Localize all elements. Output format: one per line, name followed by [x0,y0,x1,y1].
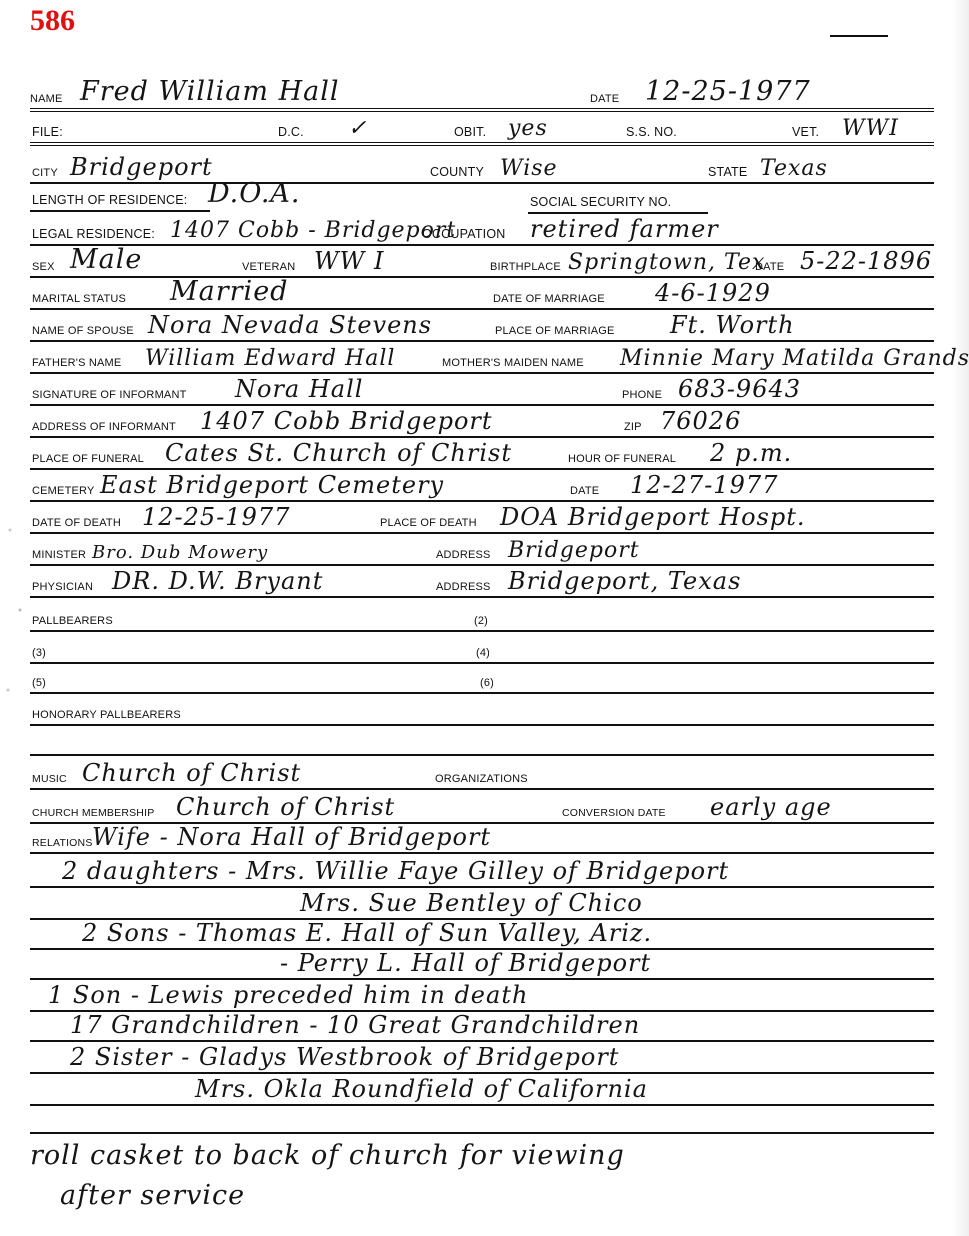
row-marital-status: MARITAL STATUS Married DATE OF MARRIAGE … [30,282,934,310]
birth-date-label: DATE [755,261,784,273]
state-label: STATE [708,165,747,179]
place-of-marriage-label: PLACE OF MARRIAGE [495,325,615,337]
relations-line-4: 2 Sons - Thomas E. Hall of Sun Valley, A… [82,919,652,947]
mothers-maiden-name-label: MOTHER'S MAIDEN NAME [442,357,584,369]
row-length-of-residence: LENGTH OF RESIDENCE: D.O.A. [30,184,210,212]
date-label: DATE [590,93,619,105]
minister-address-value: Bridgeport [508,538,640,563]
row-city: CITY Bridgeport COUNTY Wise STATE Texas [30,156,934,184]
vet-value: WWI [842,116,899,141]
ss-no-label: S.S. NO. [626,125,677,139]
date-of-death-value: 12-25-1977 [142,503,290,531]
row-relations-9: Mrs. Okla Roundfield of California [30,1078,934,1106]
row-relations-8: 2 Sister - Gladys Westbrook of Bridgepor… [30,1046,934,1074]
row-relations-3: Mrs. Sue Bentley of Chico [30,892,934,920]
pallbearer-slot-4: (4) [476,647,490,659]
page-edge-shadow [953,0,969,1236]
occupation-label: OCCUPATION [422,227,505,241]
pallbearer-slot-3: (3) [32,647,46,659]
pallbearer-slot-6: (6) [480,677,494,689]
zip-label: ZIP [624,421,642,433]
row-funeral-place: PLACE OF FUNERAL Cates St. Church of Chr… [30,442,934,470]
cemetery-label: CEMETERY [32,485,95,497]
row-death: DATE OF DEATH 12-25-1977 PLACE OF DEATH … [30,506,934,534]
page-number: 586 [30,4,75,38]
blank-line [30,754,934,756]
relations-line-1: Wife - Nora Hall of Bridgeport [92,823,491,851]
row-church-membership: CHURCH MEMBERSHIP Church of Christ CONVE… [30,796,934,824]
length-of-residence-label: LENGTH OF RESIDENCE: [32,193,187,207]
date-of-marriage-label: DATE OF MARRIAGE [493,293,605,305]
relations-line-7: 17 Grandchildren - 10 Great Grandchildre… [70,1011,640,1039]
row-parents: FATHER'S NAME William Edward Hall MOTHER… [30,346,934,374]
row-legal-residence: LEGAL RESIDENCE: 1407 Cobb - Bridgeport … [30,218,934,246]
note-line-1: roll casket to back of church for viewin… [30,1140,625,1171]
social-security-field: SOCIAL SECURITY NO. [528,186,708,214]
relations-line-2: 2 daughters - Mrs. Willie Faye Gilley of… [62,857,729,885]
relations-line-8: 2 Sister - Gladys Westbrook of Bridgepor… [70,1043,619,1071]
pallbearer-slot-2: (2) [474,615,488,627]
address-of-informant-label: ADDRESS OF INFORMANT [32,421,176,433]
church-membership-label: CHURCH MEMBERSHIP [32,807,154,819]
conversion-date-label: CONVERSION DATE [562,807,666,819]
blank-line-2 [30,1132,934,1134]
row-relations-4: 2 Sons - Thomas E. Hall of Sun Valley, A… [30,922,934,950]
legal-residence-label: LEGAL RESIDENCE: [32,227,155,241]
row-pallbearers-1: PALLBEARERS (2) [30,604,934,632]
row-relations-2: 2 daughters - Mrs. Willie Faye Gilley of… [30,860,934,888]
marital-status-value: Married [170,276,288,307]
occupation-value: retired farmer [530,215,719,243]
dc-value: ✓ [348,116,367,141]
row-music: MUSIC Church of Christ ORGANIZATIONS [30,762,934,790]
scan-noise [0,490,30,730]
county-value: Wise [500,156,558,181]
row-minister: MINISTER Bro. Dub Mowery ADDRESS Bridgep… [30,538,934,566]
signature-of-informant-value: Nora Hall [235,375,363,403]
minister-label: MINISTER [32,549,86,561]
minister-value: Bro. Dub Mowery [92,542,268,563]
birth-date-value: 5-22-1896 [800,247,932,275]
veteran-label: VETERAN [242,261,295,273]
spouse-label: NAME OF SPOUSE [32,325,134,337]
cemetery-value: East Bridgeport Cemetery [100,471,444,499]
length-of-residence-value: D.O.A. [208,178,300,209]
honorary-pallbearers-label: HONORARY PALLBEARERS [32,709,181,721]
veteran-value: WW I [314,247,384,275]
legal-residence-value: 1407 Cobb - Bridgeport [170,218,456,243]
row-physician: PHYSICIAN DR. D.W. Bryant ADDRESS Bridge… [30,570,934,598]
phone-value: 683-9643 [678,375,801,403]
fathers-name-label: FATHER'S NAME [32,357,121,369]
date-value: 12-25-1977 [645,76,811,107]
pallbearers-label: PALLBEARERS [32,615,113,627]
marital-status-label: MARITAL STATUS [32,293,126,305]
row-cemetery: CEMETERY East Bridgeport Cemetery DATE 1… [30,474,934,502]
sex-label: SEX [32,261,55,273]
physician-label: PHYSICIAN [32,581,93,593]
note-line-2: after service [60,1180,245,1211]
corner-mark [830,35,888,37]
dc-label: D.C. [278,125,304,139]
city-label: CITY [32,167,58,179]
place-of-funeral-value: Cates St. Church of Christ [165,439,512,467]
row-honorary-pallbearers: HONORARY PALLBEARERS [30,698,934,726]
row-pallbearers-3: (5) (6) [30,666,934,694]
name-value: Fred William Hall [80,76,340,107]
birthplace-label: BIRTHPLACE [490,261,561,273]
row-sex: SEX Male VETERAN WW I BIRTHPLACE Springt… [30,250,934,278]
city-value: Bridgeport [70,153,213,181]
spouse-value: Nora Nevada Stevens [148,311,432,339]
date-of-marriage-value: 4-6-1929 [655,279,771,307]
birthplace-value: Springtown, Tex [568,250,765,275]
relations-label: RELATIONS [32,837,93,849]
place-of-marriage-value: Ft. Worth [670,311,795,339]
row-relations-5: - Perry L. Hall of Bridgeport [30,952,934,980]
funeral-date-label: DATE [570,485,599,497]
phone-label: PHONE [622,389,662,401]
file-label: FILE: [32,125,63,139]
row-spouse: NAME OF SPOUSE Nora Nevada Stevens PLACE… [30,314,934,342]
row-pallbearers-2: (3) (4) [30,636,934,664]
church-membership-value: Church of Christ [176,793,395,821]
physician-value: DR. D.W. Bryant [112,567,323,595]
organizations-label: ORGANIZATIONS [435,773,528,785]
row-informant-signature: SIGNATURE OF INFORMANT Nora Hall PHONE 6… [30,378,934,406]
row-relations: RELATIONS Wife - Nora Hall of Bridgeport [30,826,934,854]
relations-line-3: Mrs. Sue Bentley of Chico [300,889,643,917]
row-informant-address: ADDRESS OF INFORMANT 1407 Cobb Bridgepor… [30,410,934,438]
county-label: COUNTY [430,165,484,179]
obit-label: OBIT. [454,125,486,139]
fathers-name-value: William Edward Hall [145,346,395,371]
signature-of-informant-label: SIGNATURE OF INFORMANT [32,389,187,401]
physician-address-label: ADDRESS [436,581,491,593]
address-of-informant-value: 1407 Cobb Bridgeport [200,407,493,435]
zip-value: 76026 [660,407,741,435]
relations-line-5: - Perry L. Hall of Bridgeport [280,949,651,977]
music-label: MUSIC [32,773,67,785]
relations-line-9: Mrs. Okla Roundfield of California [195,1075,648,1103]
hour-of-funeral-label: HOUR OF FUNERAL [568,453,676,465]
date-of-death-label: DATE OF DEATH [32,517,121,529]
hour-of-funeral-value: 2 p.m. [710,439,792,467]
pallbearer-slot-5: (5) [32,677,46,689]
row-file: FILE: D.C. ✓ OBIT. yes S.S. NO. VET. WWI [30,116,934,146]
name-label: NAME [30,93,63,105]
state-value: Texas [760,156,828,181]
minister-address-label: ADDRESS [436,549,491,561]
place-of-funeral-label: PLACE OF FUNERAL [32,453,144,465]
social-security-label: SOCIAL SECURITY NO. [530,195,671,209]
place-of-death-value: DOA Bridgeport Hospt. [500,503,805,531]
row-relations-7: 17 Grandchildren - 10 Great Grandchildre… [30,1014,934,1042]
vet-label: VET. [792,125,819,139]
funeral-date-value: 12-27-1977 [630,471,778,499]
row-relations-6: 1 Son - Lewis preceded him in death [30,984,934,1012]
place-of-death-label: PLACE OF DEATH [380,517,477,529]
sex-value: Male [70,244,142,275]
relations-line-6: 1 Son - Lewis preceded him in death [48,981,528,1009]
obit-value: yes [508,116,548,141]
conversion-date-value: early age [710,793,832,821]
row-name: NAME Fred William Hall DATE 12-25-1977 [30,82,934,112]
music-value: Church of Christ [82,759,301,787]
mothers-maiden-name-value: Minnie Mary Matilda Grandst. [620,346,969,371]
physician-address-value: Bridgeport, Texas [508,567,741,595]
